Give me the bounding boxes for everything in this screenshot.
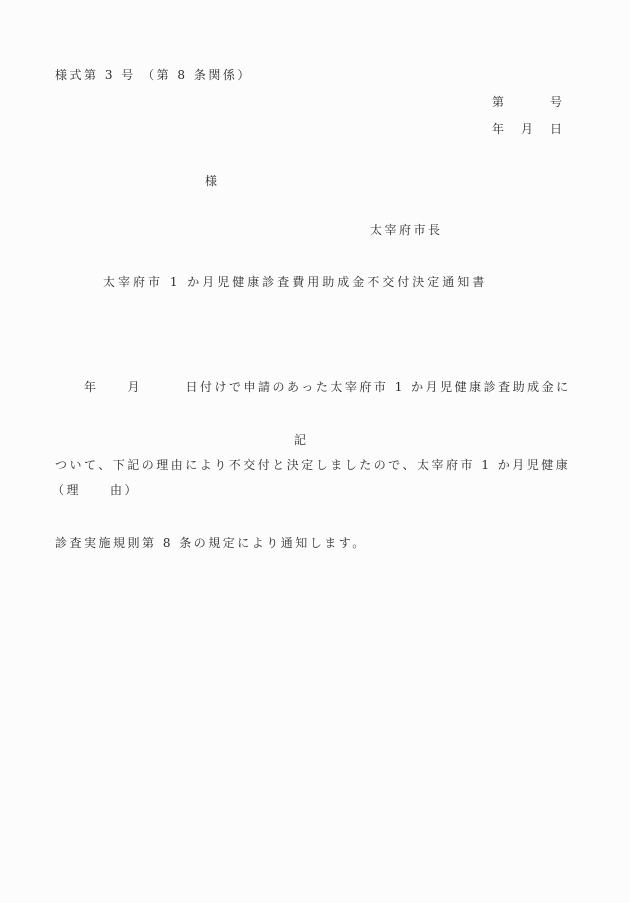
record-marker: 記: [294, 431, 309, 448]
document-title: 太宰府市 1 か月児健康診査費用助成金不交付決定通知書: [103, 273, 487, 290]
sender-name: 太宰府市長: [370, 221, 443, 238]
body-line-1: 年 月 日付けで申請のあった太宰府市 1 か月児健康診査助成金に: [55, 374, 585, 400]
document-page: 様式第 3 号 （第 8 条関係） 第 号 年 月 日 様 太宰府市長 太宰府市…: [0, 0, 630, 903]
date-line: 年 月 日: [492, 120, 565, 137]
body-line-2: ついて、下記の理由により不交付と決定しましたので、太宰府市 1 か月児健康: [55, 452, 585, 478]
reason-label: （理 由）: [52, 481, 139, 498]
body-paragraph: 年 月 日付けで申請のあった太宰府市 1 か月児健康診査助成金に ついて、下記の…: [55, 322, 585, 608]
form-number-label: 様式第 3 号 （第 8 条関係）: [55, 66, 252, 83]
addressee-suffix: 様: [205, 172, 220, 189]
body-line-3: 診査実施規則第 8 条の規定により通知します。: [55, 530, 585, 556]
document-number-line: 第 号: [492, 93, 565, 110]
